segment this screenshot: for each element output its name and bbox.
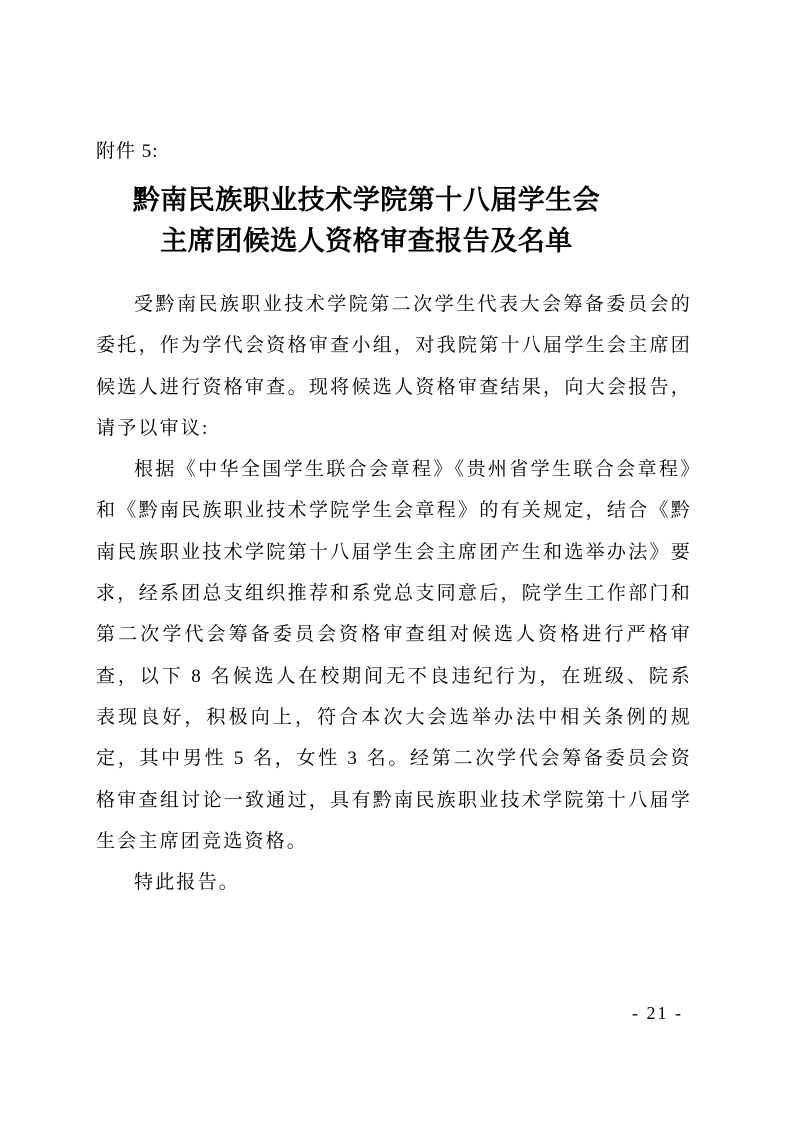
document-title: 黔南民族职业技术学院第十八届学生会 主席团候选人资格审查报告及名单 xyxy=(60,180,673,262)
document-title-line-1: 黔南民族职业技术学院第十八届学生会 xyxy=(60,180,673,221)
paragraph-review-result: 根据《中华全国学生联合会章程》《贵州省学生联合会章程》和《黔南民族职业技术学院学… xyxy=(96,449,692,862)
page-number: - 21 - xyxy=(632,1002,683,1024)
paragraph-intro: 受黔南民族职业技术学院第二次学生代表大会筹备委员会的委托，作为学代会资格审查小组… xyxy=(96,284,692,449)
attachment-label: 附件 5: xyxy=(96,140,159,164)
document-page: 附件 5: 黔南民族职业技术学院第十八届学生会 主席团候选人资格审查报告及名单 … xyxy=(0,0,793,1122)
document-body: 受黔南民族职业技术学院第二次学生代表大会筹备委员会的委托，作为学代会资格审查小组… xyxy=(96,284,692,903)
document-title-line-2: 主席团候选人资格审查报告及名单 xyxy=(60,221,673,262)
paragraph-closing: 特此报告。 xyxy=(96,862,692,903)
